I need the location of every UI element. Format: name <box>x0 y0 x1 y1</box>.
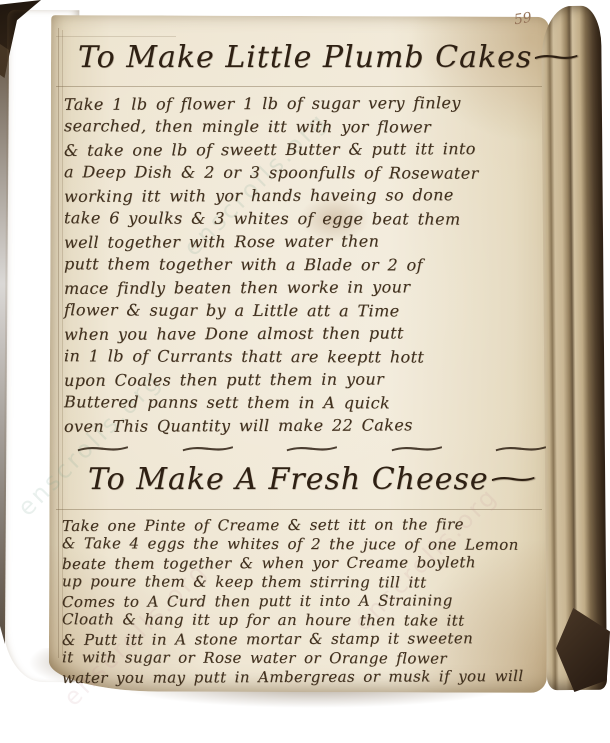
margin-top-rule <box>56 36 176 37</box>
title-underline-rule <box>56 86 542 87</box>
manuscript-page <box>49 15 549 693</box>
book-fore-edge-pages <box>541 6 607 690</box>
page-number: 59 <box>513 10 533 29</box>
page-fold-line <box>58 28 59 658</box>
manuscript-photo: enscrolls.org enscrolls.org enscrolls.or… <box>0 0 610 743</box>
page-fold-line <box>62 30 63 656</box>
